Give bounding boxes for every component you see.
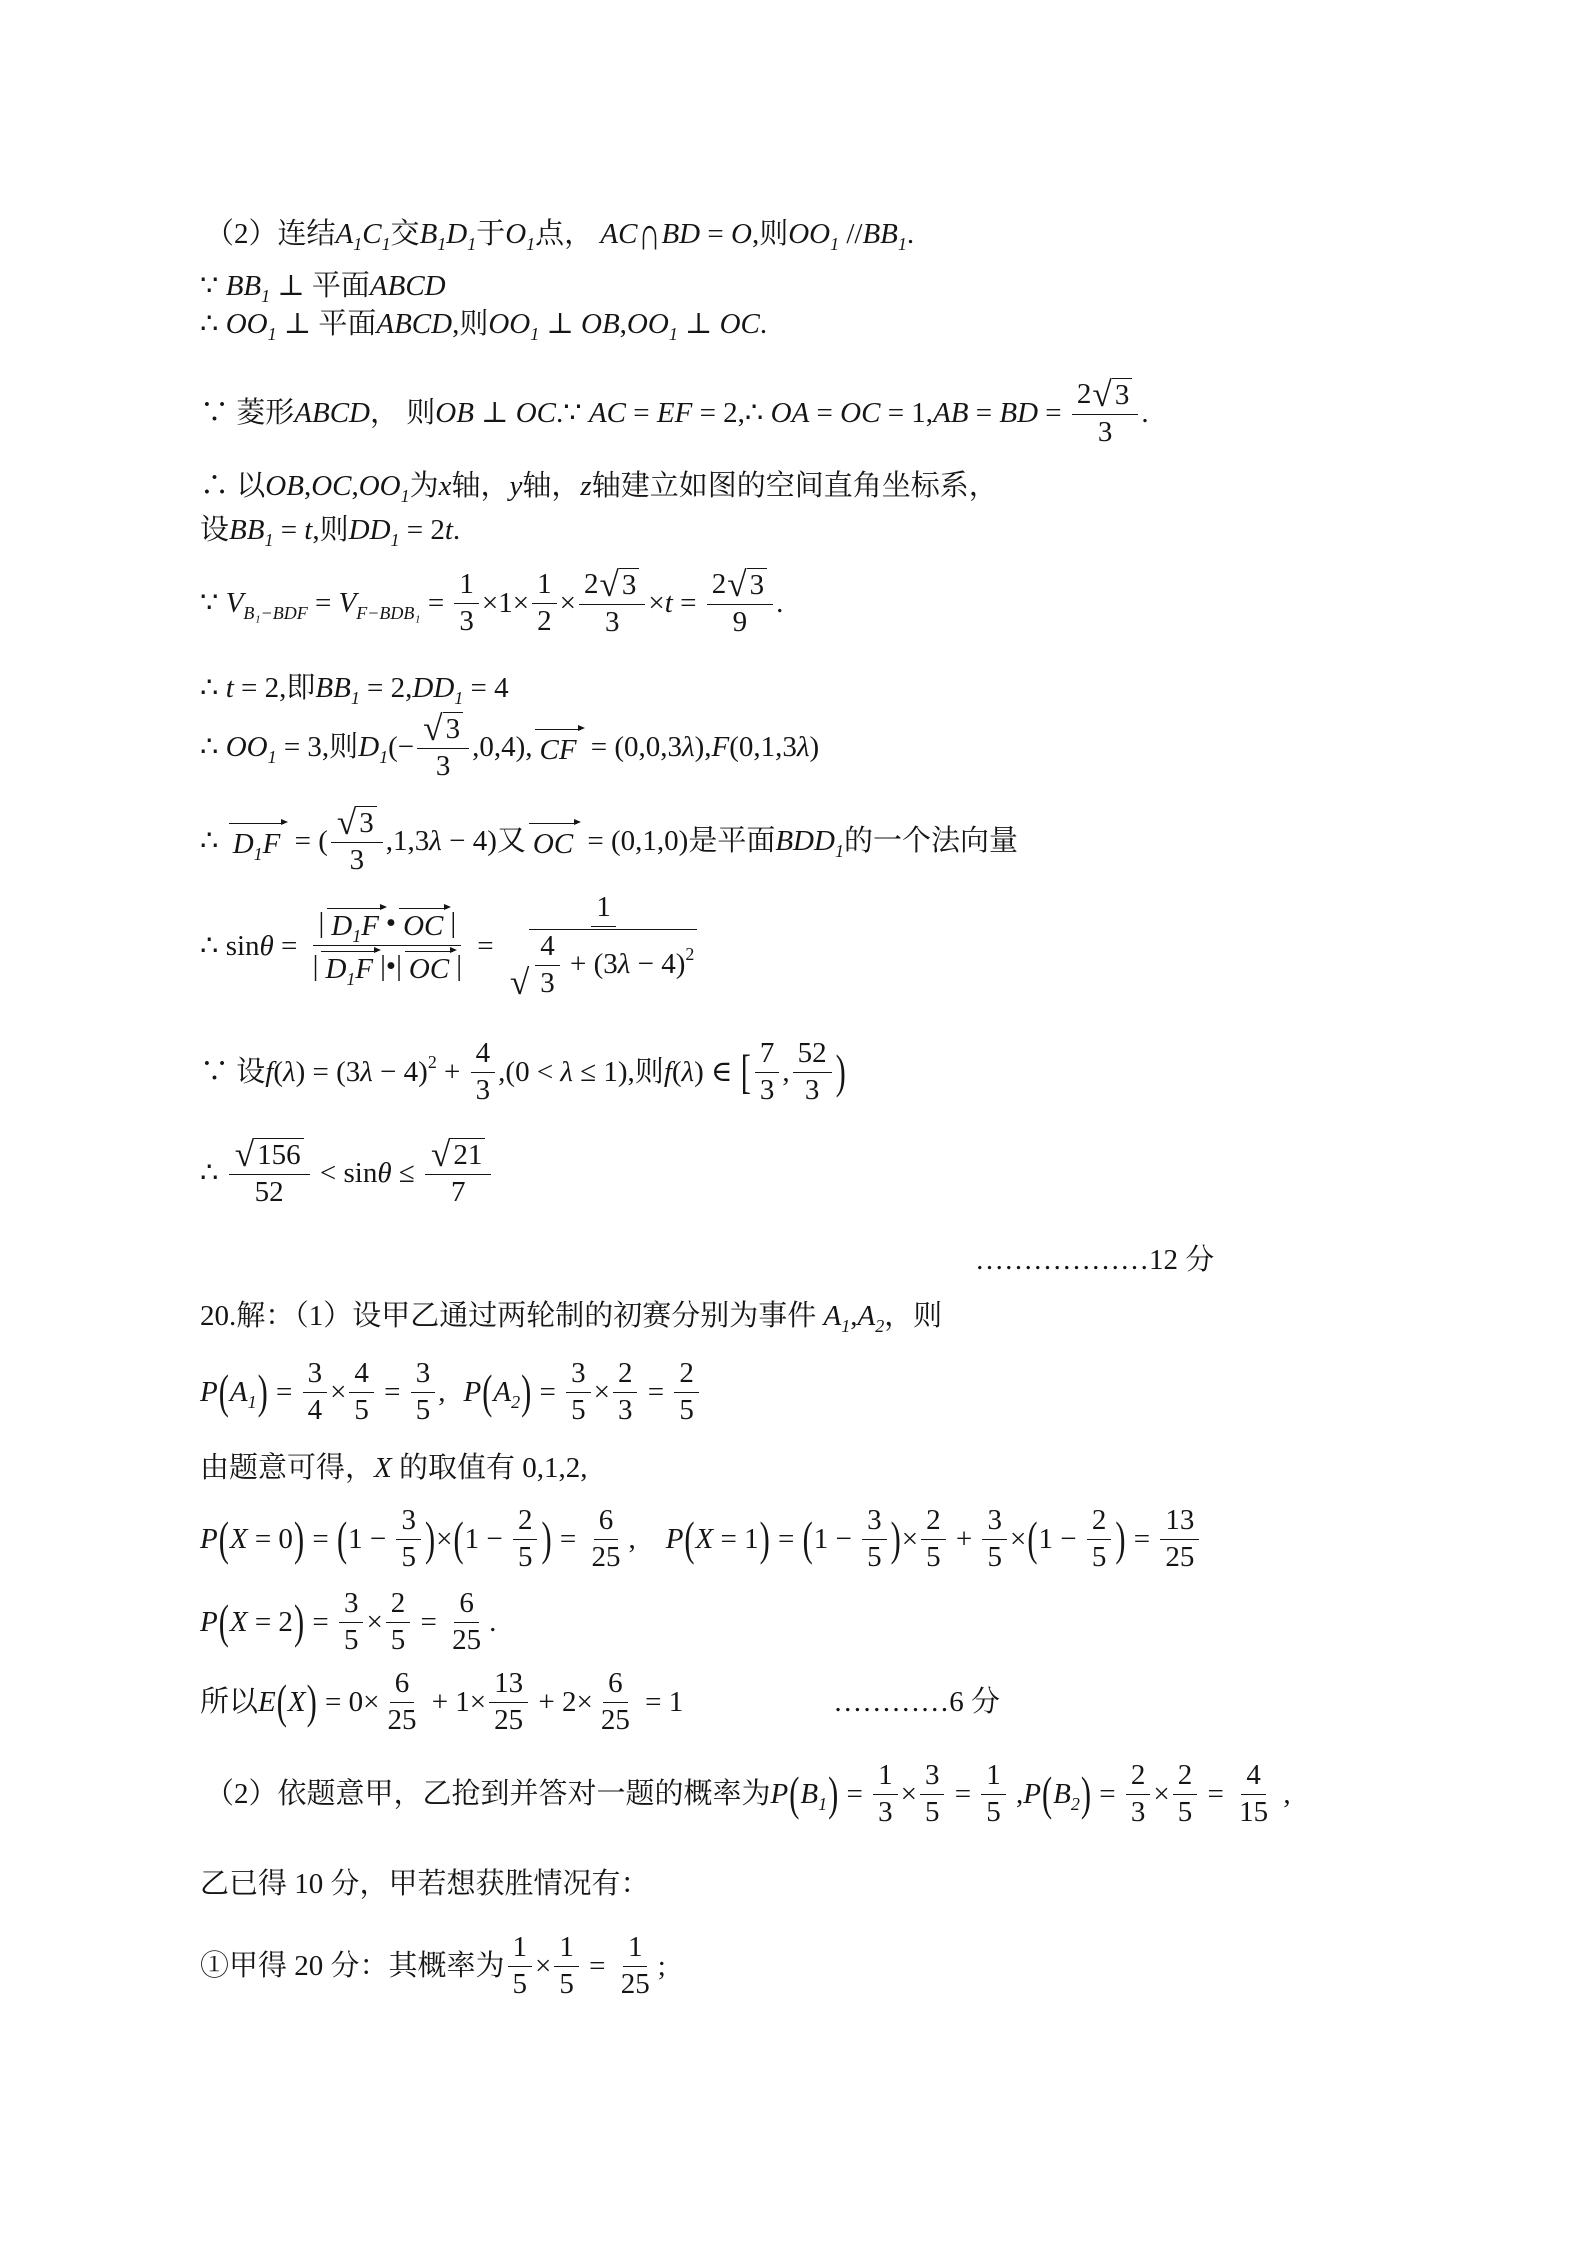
numerator: 2 [386,1588,411,1623]
text-run: = [626,395,657,431]
text-run: × [436,1521,452,1557]
numerator: 6 [594,1505,619,1540]
subscript: 1 [818,1793,827,1815]
text-run: ≤ [392,1155,422,1191]
fraction: 625 [596,1668,635,1737]
text-run: ∵ 菱形 [200,395,294,431]
fraction: 43 [471,1038,496,1107]
math-variable: O [731,216,752,252]
fraction: 35 [339,1588,364,1657]
text-run: 2 [679,1358,694,1390]
subscript: F−BDB₁ [356,602,420,624]
math-variable: P [464,1374,482,1410]
math-variable: D [233,826,254,862]
fraction: 2√33 [579,568,645,639]
text-run: , [628,1521,635,1557]
subscript: 1 [353,233,362,255]
text-run: 1 − [1038,1521,1083,1557]
numerator: 3 [411,1358,436,1393]
text-run: = 1, [880,395,933,431]
numerator: 1 [623,1932,648,1967]
math-variable: λ [682,729,695,765]
math-variable: D [325,954,346,986]
math-variable: D [331,911,352,943]
text-run: × [902,1521,918,1557]
text-run: 3 [1131,1797,1146,1829]
vector-overline: OC [529,823,577,862]
subscript: 1 [268,746,277,768]
numerator: 2√3 [707,568,773,605]
text-run: 52 [798,1038,827,1070]
text-run: − 4) [630,949,685,981]
text-run: , [782,1054,789,1090]
big-delimiter: ) [759,1510,771,1569]
radicand: 3 [443,712,464,746]
text-run: 轴， [522,468,580,504]
text-run: , [1276,1776,1291,1812]
text-run: 设 [200,512,229,548]
spacer [636,1539,666,1540]
text-run: 25 [601,1705,630,1737]
subscript: 1 [526,233,535,255]
math-variable: P [1023,1776,1041,1812]
line-coordinates: ∴ OO1 = 3,则D1(−√33,0,4),CF = (0,0,3λ),F(… [200,712,819,783]
superscript: 2 [685,946,694,966]
text-run: = [1200,1776,1231,1812]
denominator: 5 [411,1393,436,1427]
text-run: 3 [867,1505,882,1537]
text-run: 5 [571,1395,586,1427]
math-variable: V [226,585,244,621]
text-run: 1 [537,569,552,601]
text-run: = 0 [248,1521,293,1557]
text-run: = [269,1374,300,1410]
big-delimiter: ( [218,1593,230,1652]
text-run: |•| [380,951,402,983]
text-run: ) ∈ [694,1054,740,1090]
text-run: × [535,1948,551,1984]
text-run: + (3 [563,949,618,981]
big-delimiter: ) [1080,1765,1092,1824]
fraction: 43 [535,931,560,1000]
text-run: = [771,1521,802,1557]
text-run: = [700,216,731,252]
text-run: ,0,4), [472,729,532,765]
math-variable: z [580,468,591,504]
text-run: 的取值有 0,1,2, [392,1450,588,1486]
text-run: ), [695,729,712,765]
text-run: , [1009,1776,1024,1812]
text-run: 3 [436,751,451,783]
text-run: . [489,1604,496,1640]
numerator: |D1F•OC| [313,905,461,946]
line-set-t: 设BB1 = t,则DD1 = 2t. [200,512,460,548]
text-run: = 2 [248,1604,293,1640]
math-variable: λ [682,1054,695,1090]
vector-overline: D1F [321,951,377,986]
denominator: 3 [600,605,625,639]
denominator: 5 [920,1795,945,1829]
text-run: ⊥ 平面 [277,306,377,342]
text-run: ∴ [200,670,226,706]
text-run: 点， [535,216,600,252]
text-run: 9 [733,607,748,639]
math-variable: P [771,1776,789,1812]
fraction: √217 [425,1138,491,1209]
math-variable: OO [488,306,530,342]
radicand: 3 [747,568,768,602]
text-run: = [582,1948,613,1984]
radicand: 43 + (3λ − 4)2 [529,929,697,1000]
numerator: 2 [1173,1760,1198,1795]
math-variable: F [712,729,730,765]
fraction: 625 [447,1588,486,1657]
math-variable: OB [265,468,304,504]
big-delimiter: ( [1026,1510,1038,1569]
numerator: 1 [591,892,616,927]
numerator: √3 [417,712,469,749]
numerator: 2√3 [579,568,645,605]
math-variable: BD [999,395,1038,431]
numerator: 6 [603,1668,628,1703]
text-run: 25 [387,1705,416,1737]
line-bb1-perp: ∵ BB1 ⊥ 平面ABCD [200,268,446,304]
radicand: 3 [356,806,377,840]
radical-sign: √ [727,568,746,602]
numerator: 13 [489,1668,528,1703]
big-delimiter: ) [293,1510,305,1569]
text-run: ,则 [752,216,788,252]
text-run: = (0,1,0)是平面 [580,823,775,859]
denominator: 5 [508,1967,533,2001]
text-run: 3 [459,606,474,638]
text-run: = [274,928,305,964]
math-variable: f [265,1054,273,1090]
text-run: 3 [308,1358,323,1390]
fraction: 523 [793,1038,832,1107]
text-run: 4 [354,1358,369,1390]
big-delimiter: ) [1114,1510,1126,1569]
line-oo1-perp: ∴ OO1 ⊥ 平面ABCD,则OO1 ⊥ OB,OO1 ⊥ OC. [200,306,767,342]
line-x-values: 由题意可得，X 的取值有 0,1,2, [200,1450,588,1486]
big-delimiter: ) [540,1510,552,1569]
text-run: …………6 分 [833,1684,1000,1720]
numerator: 13 [1160,1505,1199,1540]
text-run: × [366,1604,382,1640]
big-delimiter: ( [218,1363,230,1422]
text-run: 1 [513,1932,528,1964]
math-variable: OO [226,729,268,765]
text-run: • [386,908,396,940]
text-run: ∴ 以 [200,468,265,504]
fraction: 625 [382,1668,421,1737]
subscript: 1 [346,970,355,990]
math-variable: BB [862,216,897,252]
math-variable: E [258,1684,276,1720]
denominator: √43 + (3λ − 4)2 [504,927,704,1000]
text-run: , [620,306,627,342]
math-variable: P [200,1374,218,1410]
subscript: 1 [841,1315,850,1337]
text-run: 5 [416,1395,431,1427]
math-variable: OC [403,911,443,943]
fraction: 35 [920,1760,945,1829]
text-run: 为 [410,468,439,504]
numerator: 1 [554,1932,579,1967]
fraction: 1325 [489,1668,528,1737]
text-run: 3 [1098,417,1113,449]
text-run: 3 [987,1505,1002,1537]
text-run: 3 [476,1075,491,1107]
fraction: 35 [982,1505,1007,1574]
text-run: 3 [446,714,461,746]
text-run: ( [672,1054,682,1090]
math-variable: OO [788,216,830,252]
text-run: 3 [1115,380,1130,412]
fraction: 35 [411,1358,436,1427]
line-t-equals-2: ∴ t = 2,即BB1 = 2,DD1 = 4 [200,670,509,706]
text-run: 3 [416,1358,431,1390]
math-variable: OA [771,395,810,431]
radical-sign: √ [510,966,529,1000]
math-variable: CF [539,732,576,768]
math-variable: f [664,1054,672,1090]
denominator: 25 [596,1703,635,1737]
math-variable: AC [600,216,637,252]
text-run: 2 [537,606,552,638]
radical-sign: √ [337,806,356,840]
text-run: = [1038,395,1069,431]
text-run: ………………12 分 [975,1242,1214,1278]
line-case1-20-points: ①甲得 20 分：其概率为15×15 = 125; [200,1932,666,2001]
math-variable: P [200,1604,218,1640]
square-root: √21 [431,1138,485,1172]
text-run: 所以 [200,1684,258,1720]
text-run: ∵ [200,268,226,304]
text-run: = [305,1604,336,1640]
radical-sign: √ [600,568,619,602]
text-run: = [640,1374,671,1410]
text-run: 6 [395,1668,410,1700]
text-run: = 1 [638,1684,683,1720]
big-delimiter: ) [827,1765,839,1824]
text-run: ⊥ 平面 [270,268,370,304]
text-run: = 4 [463,670,508,706]
numerator: 3 [566,1358,591,1393]
line-yi-10-points: 乙已得 10 分，甲若想获胜情况有： [200,1866,650,1902]
numerator: 2 [921,1505,946,1540]
numerator: 2 [513,1505,538,1540]
subscript: 1 [830,233,839,255]
big-delimiter: ) [257,1363,269,1422]
fraction: 35 [566,1358,591,1427]
subscript: 1 [401,485,410,507]
subscript: 1 [437,233,446,255]
subscript: 1 [264,529,273,551]
text-run: . [760,306,767,342]
denominator: 52 [250,1175,289,1209]
text-run: 轴， [452,468,510,504]
fraction: 35 [396,1505,421,1574]
math-variable: ABCD [294,395,370,431]
square-root: √3 [423,712,463,746]
numerator: 6 [454,1588,479,1623]
text-run: = [553,1521,584,1557]
denominator: 25 [382,1703,421,1737]
denominator: 25 [586,1540,625,1574]
numerator: √156 [229,1138,310,1175]
denominator: 5 [1173,1795,1198,1829]
math-variable: X [374,1450,392,1486]
math-variable: A [230,1374,248,1410]
math-variable: OC [840,395,880,431]
text-run: , [438,1374,445,1410]
numerator: 1 [454,569,479,604]
math-variable: OO [226,306,268,342]
math-variable: X [230,1604,248,1640]
numerator: 3 [862,1505,887,1540]
text-run: − 4)又 [442,823,526,859]
text-run: 5 [926,1542,941,1574]
math-variable: F [355,954,373,986]
text-run: + [437,1054,468,1090]
subscript: 1 [530,323,539,345]
text-run: ∴ sin [200,928,260,964]
big-delimiter: ( [481,1363,493,1422]
math-variable: t [665,585,673,621]
denominator: 5 [981,1795,1006,1829]
subscript: 1 [352,927,361,947]
text-run: 5 [987,1542,1002,1574]
math-variable: t [226,670,234,706]
denominator: 3 [800,1073,825,1107]
line-f-lambda: ∵ 设f(λ) = (3λ − 4)2 + 43,(0 < λ ≤ 1),则f(… [200,1038,847,1107]
text-run: 7 [451,1177,466,1209]
line-sin-range: ∴ √15652 < sinθ ≤ √217 [200,1138,494,1209]
denominator: 3 [471,1073,496,1107]
vector-overline: CF [535,729,580,768]
text-run: = [673,585,704,621]
denominator: 5 [513,1540,538,1574]
denominator: |D1F|•|OC| [308,946,467,986]
fraction: 15 [981,1760,1006,1829]
vector-overline: D1F [327,908,383,943]
text-run: 6 [608,1668,623,1700]
subscript: 1 [379,746,388,768]
text-run: × [901,1776,917,1812]
fraction: 625 [586,1505,625,1574]
big-delimiter: ( [683,1510,695,1569]
text-run: × [330,1374,346,1410]
text-run: ,则 [452,306,488,342]
spacer [446,1392,464,1393]
subscript: 1 [351,687,360,709]
line-sin-theta: ∴ sinθ = |D1F•OC||D1F|•|OC| = 1√43 + (3λ… [200,892,706,1000]
fraction: 15 [554,1932,579,2001]
text-run: 15 [1239,1797,1268,1829]
text-run: 由题意可得， [200,1450,374,1486]
math-variable: λ [618,949,631,981]
line-d1f-vector: ∴ D1F = (√33,1,3λ − 4)又OC = (0,1,0)是平面BD… [200,806,1018,877]
text-run: ,则 [312,512,348,548]
fraction: 25 [674,1358,699,1427]
math-variable: AB [933,395,968,431]
text-run: 1 [986,1760,1001,1792]
denominator: 25 [447,1623,486,1657]
denominator: 5 [566,1393,591,1427]
numerator: 7 [755,1038,780,1073]
math-variable: ABCD [376,306,452,342]
fraction: 1325 [1160,1505,1199,1574]
text-run: ∵ [200,585,226,621]
math-variable: A [336,216,354,252]
text-run: = [969,395,1000,431]
numerator: 3 [982,1505,1007,1540]
math-variable: λ [429,823,442,859]
denominator: 3 [1093,415,1118,449]
fraction: 23 [613,1358,638,1427]
text-run: 5 [925,1797,940,1829]
math-variable: B [800,1776,818,1812]
text-run: | [456,951,462,983]
numerator: 3 [339,1588,364,1623]
line-q20-intro: 20.解：（1）设甲乙通过两轮制的初赛分别为事件 A1,A2，则 [200,1298,942,1334]
square-root: √43 + (3λ − 4)2 [510,929,698,1000]
text-run: 4 [476,1038,491,1070]
text-run: 5 [401,1542,416,1574]
math-variable: OC [409,954,449,986]
math-variable: BD [661,216,700,252]
line-axes: ∴ 以OB,OC,OO1为x轴，y轴，z轴建立如图的空间直角坐标系， [200,468,998,504]
text-run: 1 [596,892,611,924]
text-run: = [1126,1521,1157,1557]
text-run: // [839,216,862,252]
fraction: √33 [331,806,383,877]
numerator: 2 [613,1358,638,1393]
math-variable: OC [311,468,351,504]
text-run: ⊥ [678,306,720,342]
fraction: 1√43 + (3λ − 4)2 [504,892,704,1000]
text-run: = 3,则 [277,729,359,765]
fraction: 13 [454,569,479,638]
math-variable: OB [581,306,620,342]
text-run: 3 [359,808,374,840]
math-variable: F [361,911,379,943]
subscript: 1 [669,323,678,345]
line-volume: ∵ VB₁−BDF = VF−BDB₁ = 13×1×12×2√33×t = 2… [200,568,783,639]
math-variable: BB [229,512,264,548]
math-variable: EF [657,395,692,431]
big-delimiter: ( [276,1673,288,1732]
fraction: 415 [1234,1760,1273,1829]
text-run: . [1141,395,1148,431]
text-run: × [1153,1776,1169,1812]
text-run: 3 [540,968,555,1000]
numerator: 52 [793,1038,832,1073]
text-run: 21 [453,1140,482,1172]
fraction: 12 [532,569,557,638]
subscript: 2 [875,1315,884,1337]
text-run: | [450,908,456,940]
math-variable: B [1053,1776,1071,1812]
big-delimiter: ∩ [637,205,661,264]
square-root: √3 [337,806,377,840]
text-run: = [413,1604,444,1640]
text-run: ≤ 1),则 [573,1054,664,1090]
text-run: | [318,908,324,940]
math-variable: BB [315,670,350,706]
text-run: 3 [805,1075,820,1107]
